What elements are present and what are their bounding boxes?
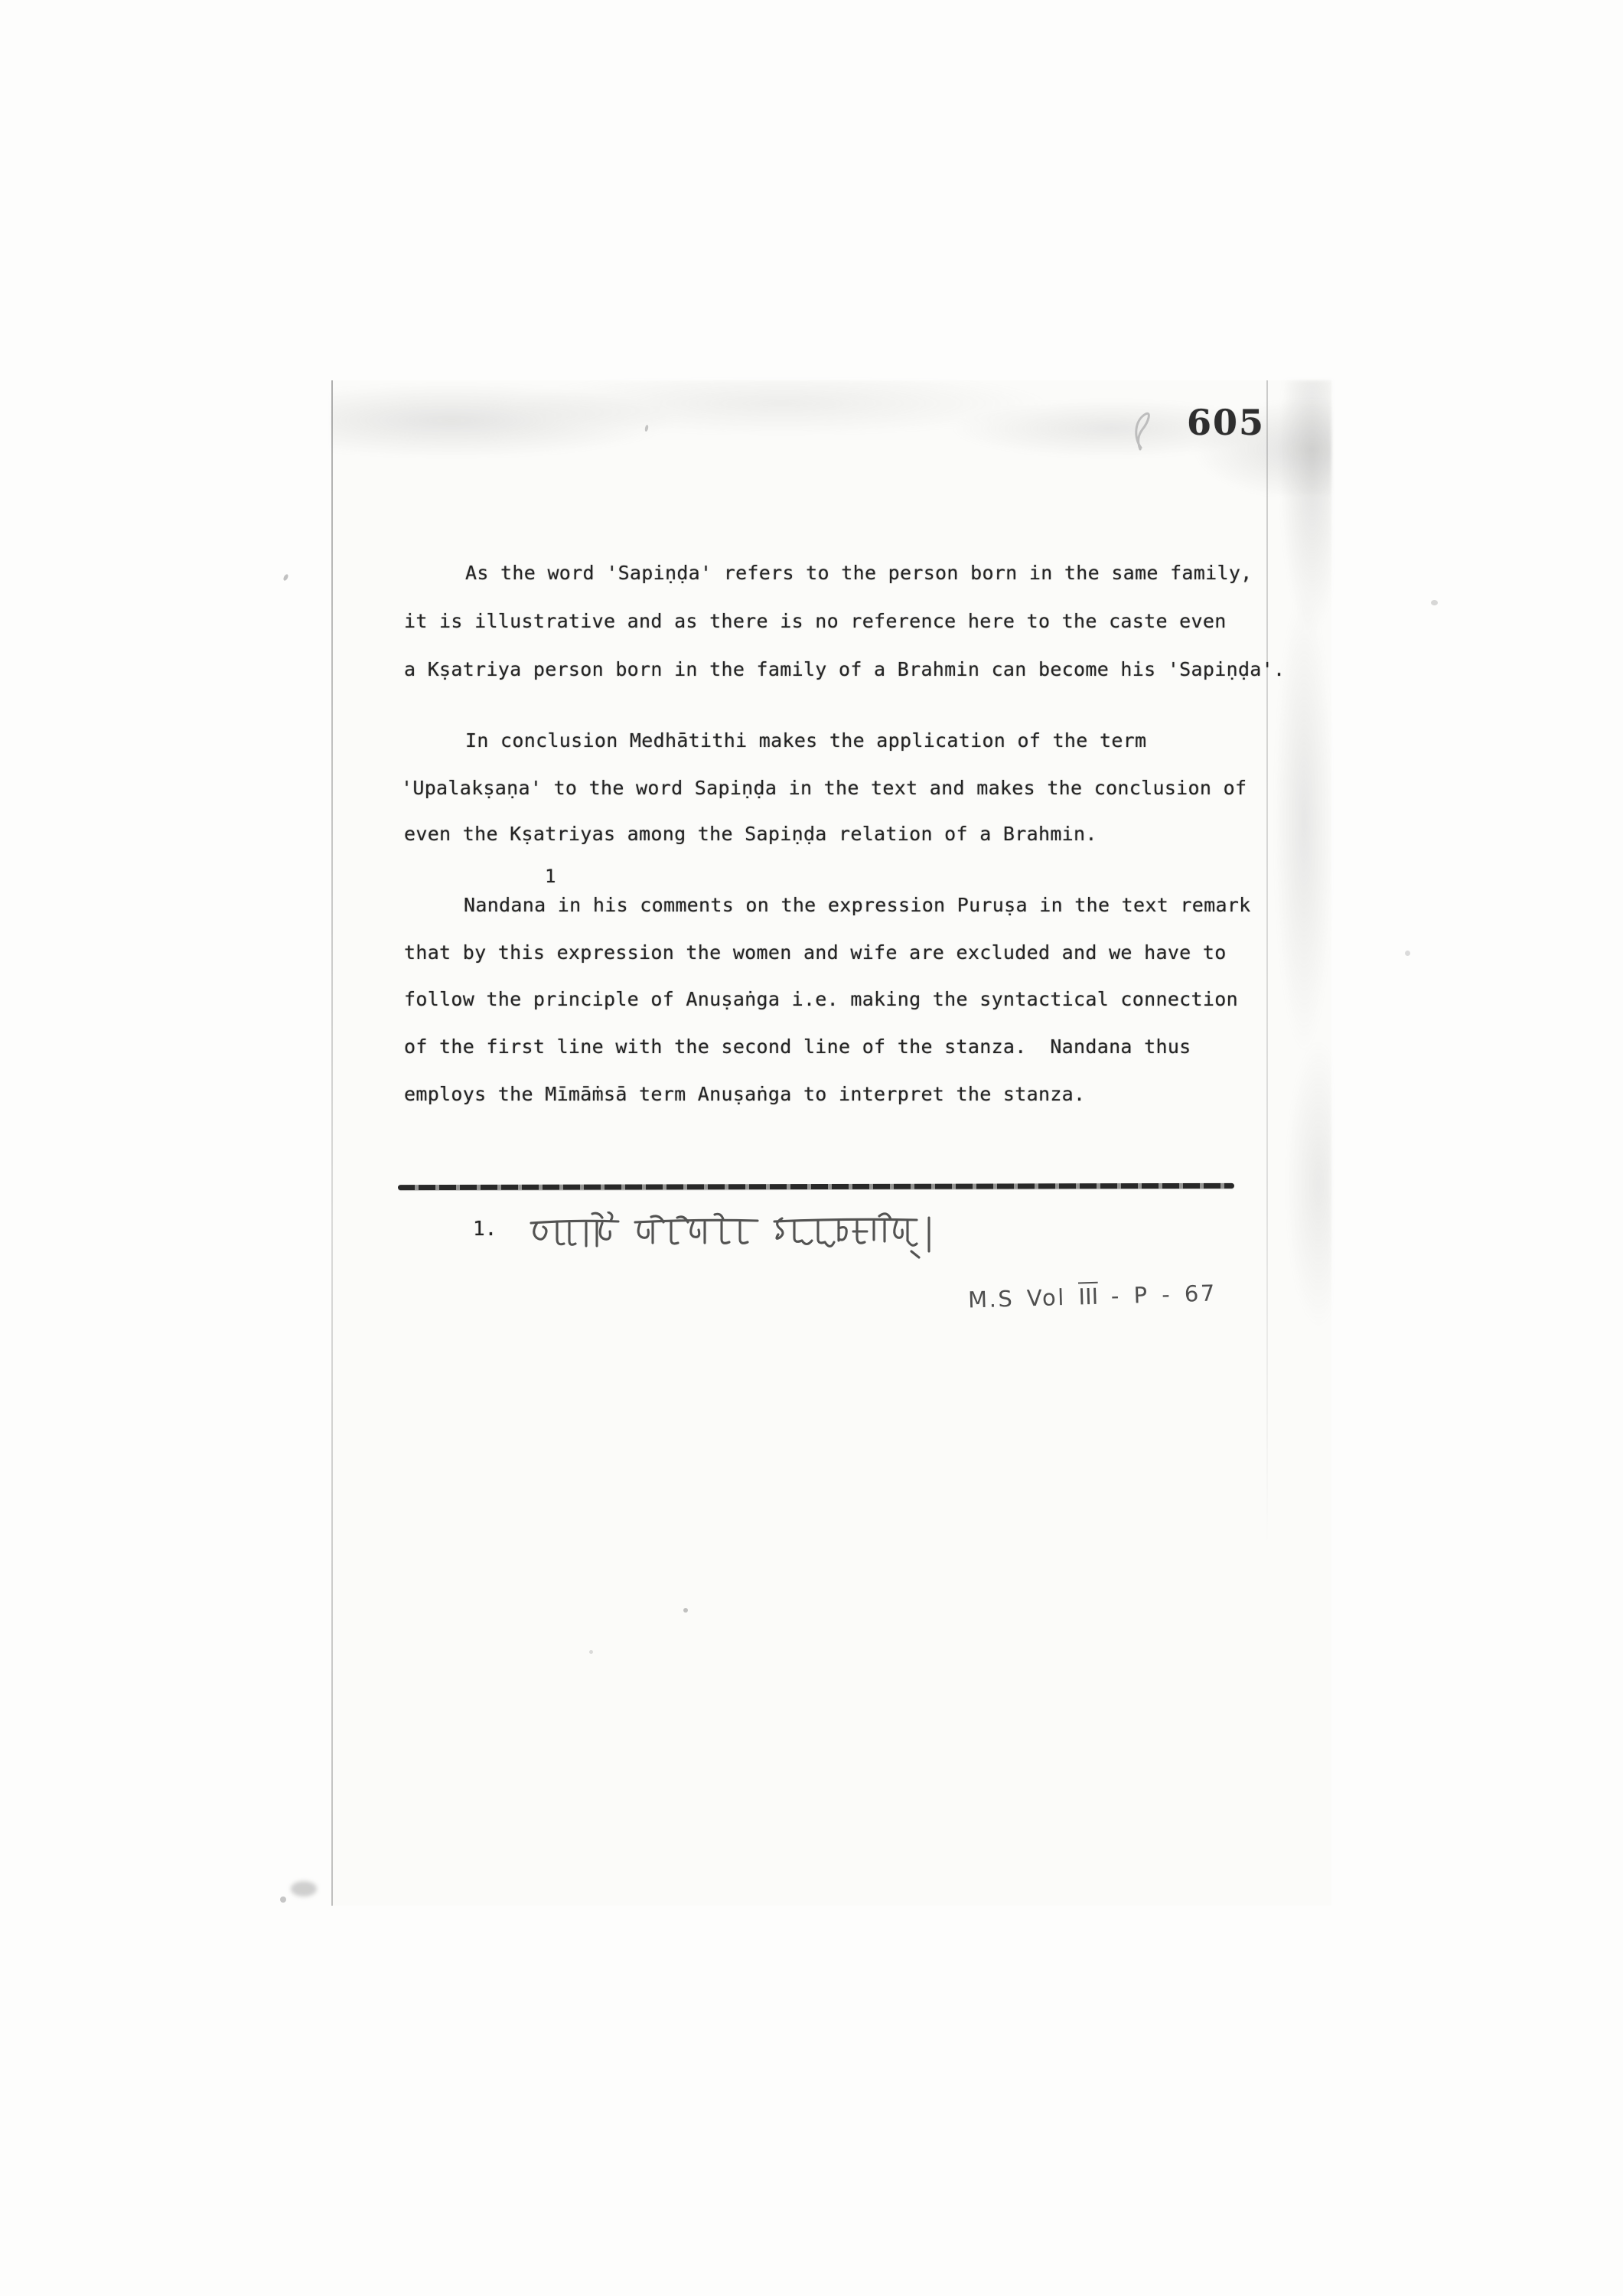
- annotation-roman-numeral: III: [1078, 1283, 1099, 1310]
- text-line: it is illustrative and as there is no re…: [404, 608, 1227, 634]
- corner-smudge: [291, 1881, 317, 1896]
- page-left-edge: [331, 380, 333, 1906]
- footnote-reference-superscript: 1: [545, 866, 556, 887]
- ink-speck: [589, 1650, 593, 1654]
- text-line: a Kṣatriya person born in the family of …: [404, 657, 1285, 683]
- ink-speck: [282, 573, 289, 581]
- handwritten-annotation: M.S Vol III - P - 67: [968, 1280, 1217, 1313]
- page-fold-line: [1266, 380, 1268, 1544]
- text-line: that by this expression the women and wi…: [404, 940, 1227, 966]
- footnote-divider: [398, 1183, 1234, 1190]
- annotation-suffix: - P - 67: [1098, 1280, 1217, 1309]
- scan-noise-right: [1266, 380, 1331, 1360]
- scanned-page: 605 As the word 'Sapiṇḍa' refers to the …: [331, 380, 1331, 1906]
- text-line: As the word 'Sapiṇḍa' refers to the pers…: [465, 560, 1253, 586]
- text-line: In conclusion Medhātithi makes the appli…: [465, 728, 1146, 754]
- text-line: even the Kṣatriyas among the Sapiṇḍa rel…: [404, 821, 1097, 847]
- ink-speck: [683, 1608, 688, 1613]
- footnote-devanagari-text: उत्तरार्धे विनिवर्तत इत्यनुषञ्जनीयम् ।: [530, 1216, 958, 1251]
- text-line: of the first line with the second line o…: [404, 1034, 1191, 1060]
- pencil-mark: [1127, 408, 1161, 457]
- ink-speck: [1431, 600, 1438, 605]
- text-line: employs the Mīmāṁsā term Anuṣaṅga to int…: [404, 1081, 1085, 1107]
- scanned-document: 605 As the word 'Sapiṇḍa' refers to the …: [0, 0, 1623, 2296]
- ink-speck: [280, 1896, 286, 1903]
- page-number: 605: [1187, 402, 1265, 443]
- ink-speck: [1405, 951, 1410, 956]
- annotation-prefix: M.S Vol: [968, 1284, 1079, 1313]
- footnote-marker: 1.: [473, 1218, 497, 1241]
- scan-noise-top: [331, 380, 1331, 495]
- text-line: 'Upalakṣaṇa' to the word Sapiṇḍa in the …: [401, 775, 1247, 801]
- text-line: follow the principle of Anuṣaṅga i.e. ma…: [404, 987, 1238, 1013]
- text-line: Nandana in his comments on the expressio…: [464, 892, 1251, 918]
